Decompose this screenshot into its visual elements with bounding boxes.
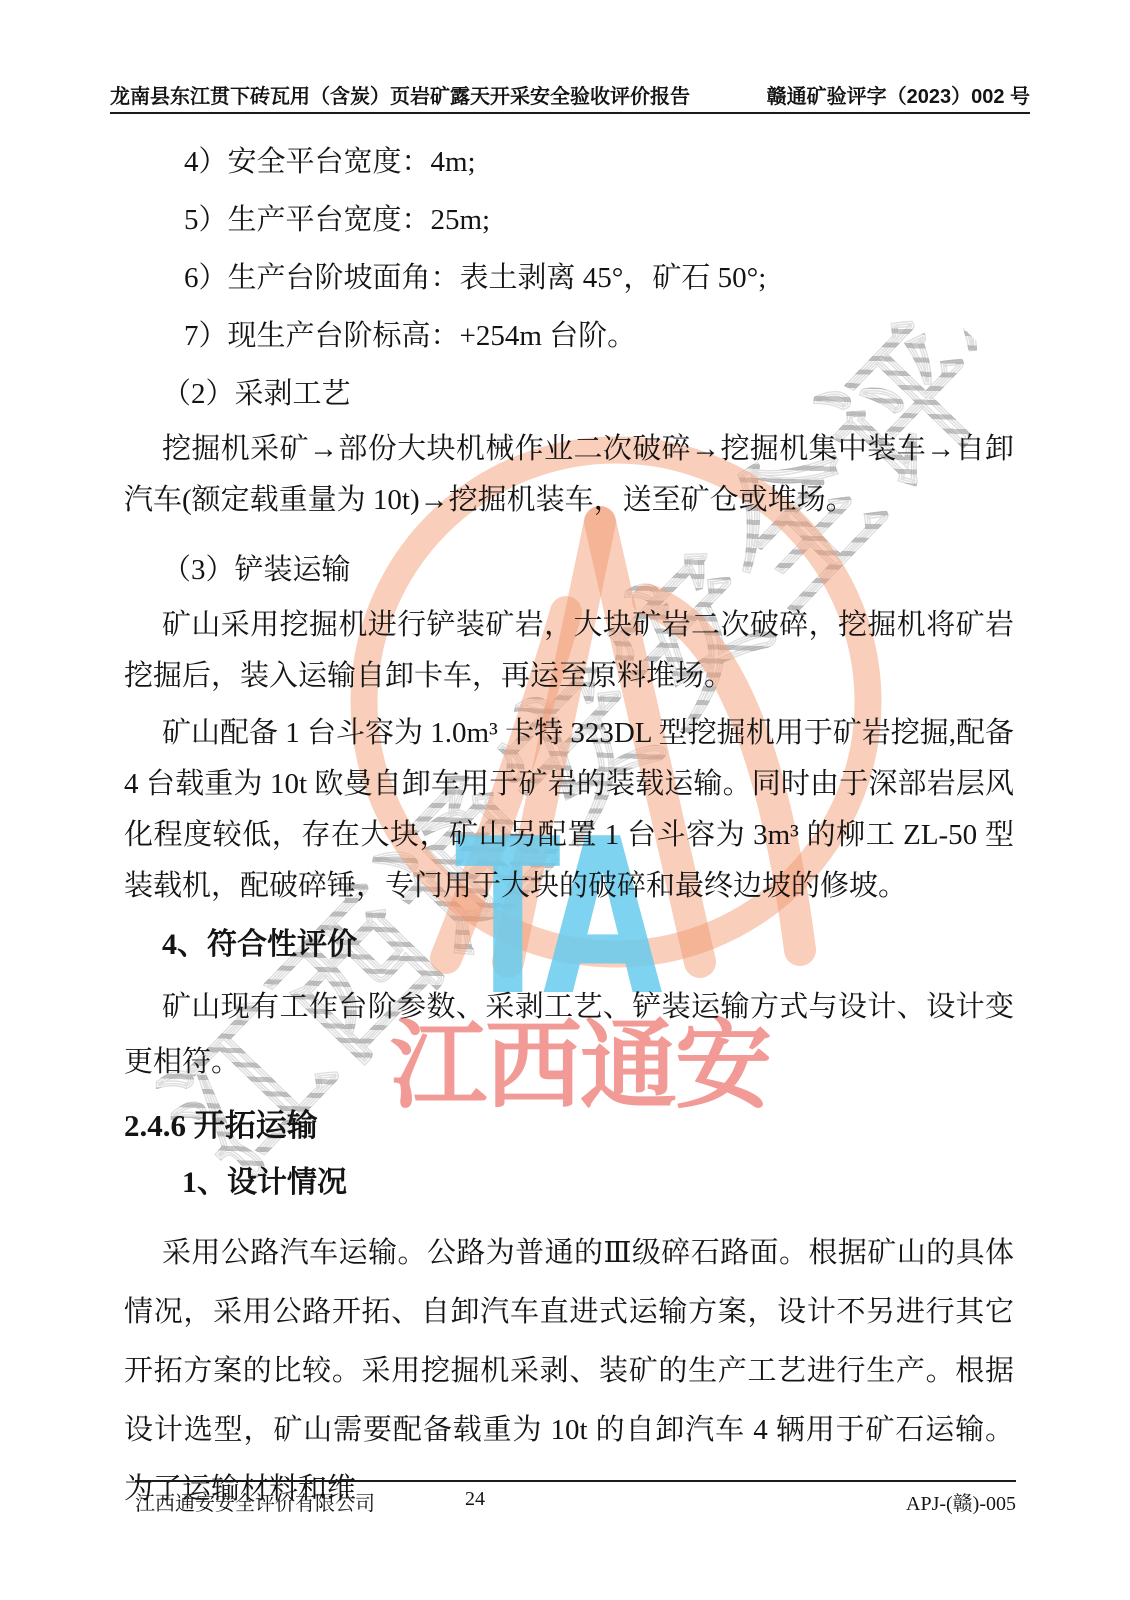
list-item-4: 4）安全平台宽度：4m; [124,142,1014,182]
section2-paragraph: 挖掘机采矿→部份大块机械作业二次破碎→挖掘机集中装车→自卸汽车(额定载重量为 1… [124,424,1014,526]
section4-heading: 4、符合性评价 [124,924,1014,966]
list-item-5: 5）生产平台宽度：25m; [124,200,1014,240]
header-report-title: 龙南县东江贯下砖瓦用（含炭）页岩矿露天开采安全验收评价报告 [110,80,690,109]
list-item-6: 6）生产台阶坡面角：表土剥离 45°，矿石 50°; [124,258,1014,298]
footer-company: 江西通安安全评价有限公司 [135,1487,375,1516]
document-page: 江西通安安全评价有限公司 TA 江西通安 龙南县东江贯下砖瓦用（含炭）页岩矿露天… [0,0,1130,1600]
list-item-7: 7）现生产台阶标高：+254m 台阶。 [124,316,1014,356]
header-doc-number: 赣通矿验评字（2023）002 号 [767,80,1030,109]
footer-rule [135,1480,1016,1482]
footer-page-number: 24 [465,1488,485,1511]
section3-paragraph-1: 矿山采用挖掘机进行铲装矿岩，大块矿岩二次破碎，挖掘机将矿岩挖掘后，装入运输自卸卡… [124,600,1014,702]
section2-heading: （2）采剥工艺 [124,374,1014,414]
section-246-heading: 2.4.6 开拓运输 [124,1104,1014,1148]
section3-heading: （3）铲装运输 [124,550,1014,590]
document-body: 4）安全平台宽度：4m; 5）生产平台宽度：25m; 6）生产台阶坡面角：表土剥… [124,142,1014,1519]
section4-paragraph: 矿山现有工作台阶参数、采剥工艺、铲装运输方式与设计、设计变更相符。 [124,980,1014,1090]
design-paragraph: 采用公路汽车运输。公路为普通的Ⅲ级碎石路面。根据矿山的具体情况，采用公路开拓、自… [124,1224,1014,1519]
spacer [124,532,1014,546]
section3-paragraph-2: 矿山配备 1 台斗容为 1.0m³ 卡特 323DL 型挖掘机用于矿岩挖掘,配备… [124,708,1014,912]
design-heading: 1、设计情况 [124,1162,1014,1204]
footer-doc-code: APJ-(赣)-005 [906,1487,1016,1516]
page-header: 龙南县东江贯下砖瓦用（含炭）页岩矿露天开采安全验收评价报告 赣通矿验评字（202… [110,80,1030,109]
header-rule [110,112,1030,114]
